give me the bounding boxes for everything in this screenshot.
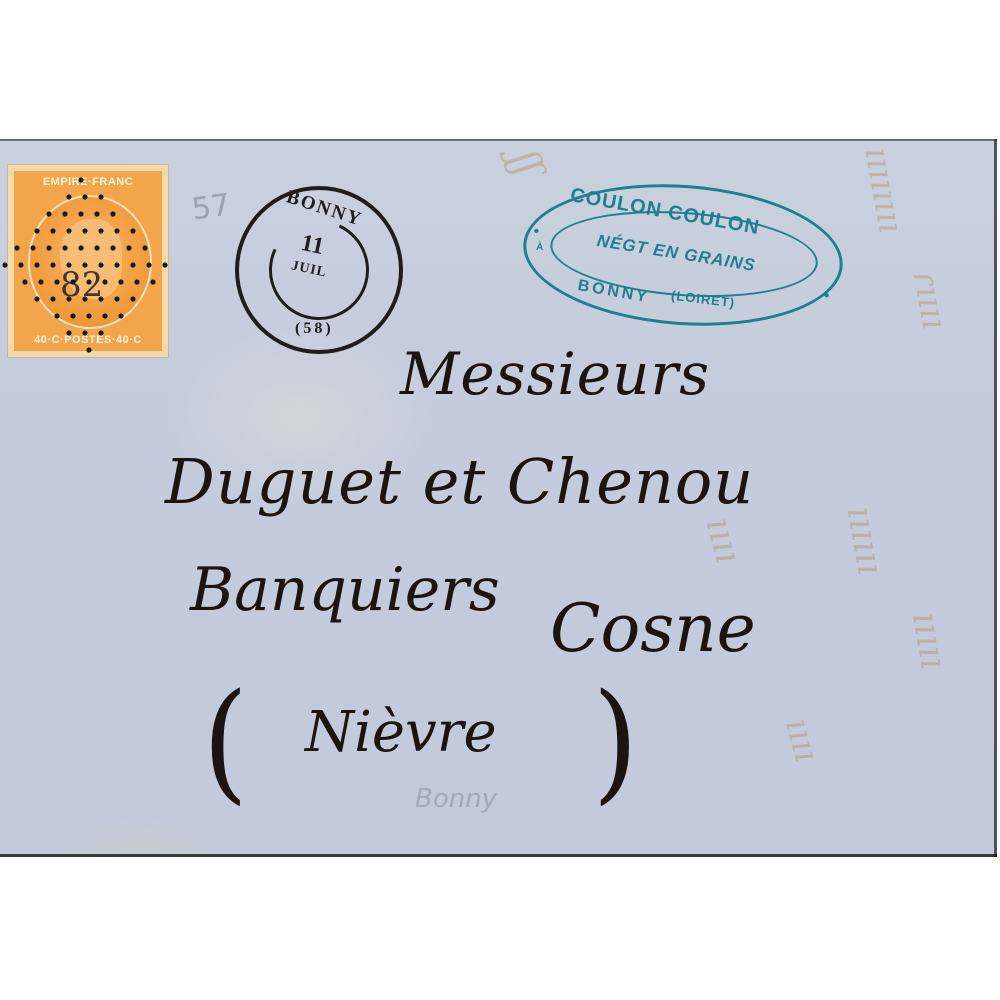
stamp-bottom-text: 40·C·POSTES·40·C <box>14 331 162 349</box>
address-city: Cosne <box>550 590 756 667</box>
bullet-icon: ● <box>533 226 540 237</box>
right-parenthesis: ) <box>593 665 639 817</box>
postmark-department: (58) <box>295 320 334 338</box>
address-recipient: Duguet et Chenou <box>165 445 754 518</box>
cancel-number: 82 <box>60 265 103 305</box>
circular-postmark: BONNY 11 JUIL (58) <box>235 186 403 354</box>
left-parenthesis: ( <box>203 665 249 817</box>
postage-stamp: EMPIRE·FRANC 82 40·C·POSTES·40·C <box>8 165 168 357</box>
address-profession: Banquiers <box>190 555 500 625</box>
stamp-top-text: EMPIRE·FRANC <box>14 173 162 191</box>
address-department: Nièvre <box>305 700 497 765</box>
address-salutation: Messieurs <box>400 340 710 408</box>
pencil-number: 57 <box>190 188 233 228</box>
stamp-medallion: 82 <box>28 195 152 329</box>
bullet-icon: ● <box>823 290 830 301</box>
pencil-town-note: Bonny <box>415 784 497 814</box>
cachet-prefix: À <box>536 242 544 253</box>
